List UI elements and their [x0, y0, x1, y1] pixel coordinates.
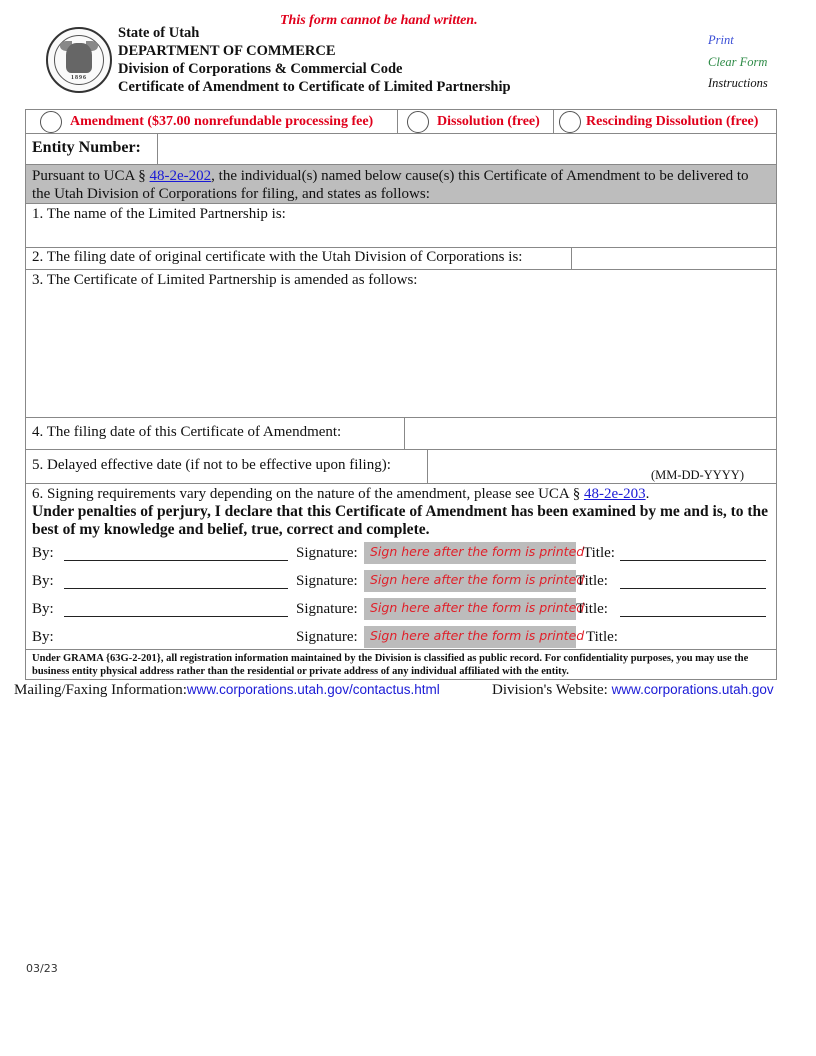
signature-field[interactable]: Sign here after the form is printed	[364, 598, 576, 620]
date-format-hint: (MM-DD-YYYY)	[651, 468, 744, 483]
pursuant-text-start: Pursuant to UCA §	[32, 168, 150, 184]
option-rescinding-dissolution[interactable]: Rescinding Dissolution (free)	[554, 110, 776, 133]
pursuant-statement: Pursuant to UCA § 48-2e-202, the individ…	[26, 165, 776, 204]
title-label: Title:	[576, 601, 608, 618]
signer-row: By: Signature: Sign here after the form …	[32, 598, 772, 620]
amendment-form: Amendment ($37.00 nonrefundable processi…	[25, 109, 777, 680]
amendment-text-row[interactable]: 3. The Certificate of Limited Partnershi…	[26, 270, 776, 418]
heading-state: State of Utah	[118, 24, 511, 42]
seal-shield	[66, 43, 92, 73]
partnership-name-label: 1. The name of the Limited Partnership i…	[32, 205, 770, 223]
title-label: Title:	[586, 629, 618, 646]
website-url-link[interactable]: www.corporations.utah.gov	[612, 682, 774, 697]
by-label: By:	[32, 573, 54, 590]
entity-number-field[interactable]	[158, 134, 776, 164]
signer-row: By: Signature: Sign here after the form …	[32, 570, 772, 592]
signature-label: Signature:	[296, 573, 358, 590]
title-label: Title:	[576, 573, 608, 590]
title-field[interactable]	[620, 588, 766, 589]
uca-48-2e-203-link[interactable]: 48-2e-203	[584, 486, 646, 502]
state-seal-icon: 1896	[46, 27, 112, 93]
heading-form-title: Certificate of Amendment to Certificate …	[118, 78, 511, 96]
signature-field[interactable]: Sign here after the form is printed	[364, 626, 576, 648]
delayed-effective-date-field[interactable]: (MM-DD-YYYY)	[428, 450, 776, 483]
radio-amendment[interactable]	[40, 111, 62, 133]
perjury-declaration: Under penalties of perjury, I declare th…	[32, 503, 770, 539]
partnership-name-row[interactable]: 1. The name of the Limited Partnership i…	[26, 204, 776, 248]
mailing-label: Mailing/Faxing Information:	[14, 682, 187, 698]
form-actions: Print Clear Form Instructions	[708, 30, 768, 95]
signature-field[interactable]: Sign here after the form is printed	[364, 542, 576, 564]
website-label: Division's Website:	[492, 682, 612, 698]
option-dissolution-label: Dissolution (free)	[437, 114, 540, 130]
instructions-link[interactable]: Instructions	[708, 73, 768, 95]
division-website: Division's Website: www.corporations.uta…	[492, 682, 774, 699]
signer-row: By: Signature: Sign here after the form …	[32, 542, 772, 564]
entity-number-label: Entity Number:	[26, 134, 158, 164]
heading-division: Division of Corporations & Commercial Co…	[118, 60, 511, 78]
delayed-effective-date-row: 5. Delayed effective date (if not to be …	[26, 450, 776, 484]
signing-text-start: 6. Signing requirements vary depending o…	[32, 486, 584, 502]
option-rescinding-dissolution-label: Rescinding Dissolution (free)	[586, 114, 758, 130]
radio-dissolution[interactable]	[407, 111, 429, 133]
signing-text-end: .	[646, 486, 650, 502]
signature-label: Signature:	[296, 545, 358, 562]
original-filing-date-label: 2. The filing date of original certifica…	[26, 248, 572, 269]
amendment-text-label: 3. The Certificate of Limited Partnershi…	[32, 271, 770, 289]
by-name-field[interactable]	[64, 616, 288, 617]
filing-type-options: Amendment ($37.00 nonrefundable processi…	[26, 110, 776, 134]
by-label: By:	[32, 629, 54, 646]
heading-department: DEPARTMENT OF COMMERCE	[118, 42, 511, 60]
original-filing-date-field[interactable]	[572, 248, 776, 269]
signature-label: Signature:	[296, 629, 358, 646]
form-revision: 03/23	[26, 962, 58, 975]
print-button[interactable]: Print	[708, 30, 768, 52]
radio-rescinding-dissolution[interactable]	[559, 111, 581, 133]
clear-form-button[interactable]: Clear Form	[708, 52, 768, 74]
signer-row: By: Signature: Sign here after the form …	[32, 626, 772, 648]
option-dissolution[interactable]: Dissolution (free)	[398, 110, 554, 133]
title-field[interactable]	[620, 560, 766, 561]
mailing-url-link[interactable]: www.corporations.utah.gov/contactus.html	[187, 682, 440, 697]
mailing-info: Mailing/Faxing Information:www.corporati…	[14, 682, 440, 699]
signing-section: 6. Signing requirements vary depending o…	[26, 484, 776, 650]
signature-field[interactable]: Sign here after the form is printed	[364, 570, 576, 592]
form-heading: State of Utah DEPARTMENT OF COMMERCE Div…	[118, 24, 511, 96]
amendment-filing-date-field[interactable]	[405, 418, 776, 449]
option-amendment[interactable]: Amendment ($37.00 nonrefundable processi…	[26, 110, 398, 133]
by-label: By:	[32, 545, 54, 562]
amendment-filing-date-label: 4. The filing date of this Certificate o…	[26, 418, 405, 449]
entity-number-row: Entity Number:	[26, 134, 776, 165]
delayed-effective-date-label: 5. Delayed effective date (if not to be …	[26, 450, 428, 483]
uca-48-2e-202-link[interactable]: 48-2e-202	[150, 168, 212, 184]
option-amendment-label: Amendment ($37.00 nonrefundable processi…	[70, 114, 373, 130]
by-label: By:	[32, 601, 54, 618]
seal-year: 1896	[48, 75, 110, 81]
original-filing-date-row: 2. The filing date of original certifica…	[26, 248, 776, 270]
signature-label: Signature:	[296, 601, 358, 618]
title-field[interactable]	[620, 616, 766, 617]
by-name-field[interactable]	[64, 588, 288, 589]
title-label: Title:	[583, 545, 615, 562]
by-name-field[interactable]	[64, 560, 288, 561]
amendment-filing-date-row: 4. The filing date of this Certificate o…	[26, 418, 776, 450]
signing-requirements-text: 6. Signing requirements vary depending o…	[32, 485, 770, 503]
grama-notice: Under GRAMA {63G-2-201}, all registratio…	[26, 650, 776, 679]
